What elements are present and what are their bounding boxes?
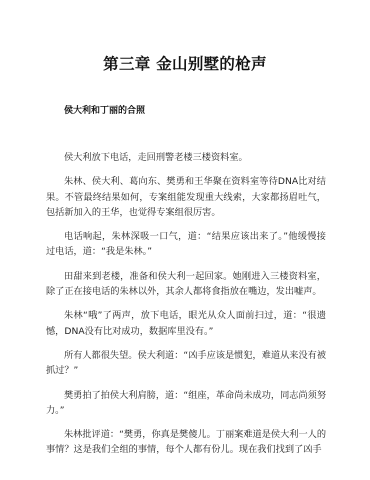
paragraph: 樊勇拍了拍侯大利肩膀，道：“组座，革命尚未成功，同志尚须努力。” (46, 388, 326, 419)
chapter-title: 第三章 金山别墅的枪声 (0, 52, 370, 74)
paragraph: 朱林批评道：“樊勇，你真是樊傻儿。丁丽案难道是侯大利一人的事情？这是我们全组的事… (46, 427, 326, 458)
paragraph: 朱林、侯大利、葛向东、樊勇和王华聚在资料室等待DNA比对结果。不管最终结果如何，… (46, 174, 326, 220)
paragraph: 朱林“哦”了两声，放下电话，眼光从众人面前扫过，道：“很遗憾，DNA没有比对成功… (46, 308, 326, 339)
paragraph: 侯大利放下电话，走回刑警老楼三楼资料室。 (46, 150, 326, 165)
document-page: 第三章 金山别墅的枪声 侯大利和丁丽的合照 侯大利放下电话，走回刑警老楼三楼资料… (0, 0, 370, 480)
paragraph: 田甜来到老楼，准备和侯大利一起回家。她刚进入三楼资料室，除了正在接电话的朱林以外… (46, 269, 326, 300)
body-text: 侯大利放下电话，走回刑警老楼三楼资料室。 朱林、侯大利、葛向东、樊勇和王华聚在资… (46, 150, 326, 467)
paragraph: 所有人都很失望。侯大利道：“凶手应该是惯犯，难道从来没有被抓过？” (46, 348, 326, 379)
paragraph: 电话响起，朱林深吸一口气，道：“结果应该出来了。”他缓慢接过电话，道：“我是朱林… (46, 229, 326, 260)
section-title: 侯大利和丁丽的合照 (64, 103, 145, 116)
